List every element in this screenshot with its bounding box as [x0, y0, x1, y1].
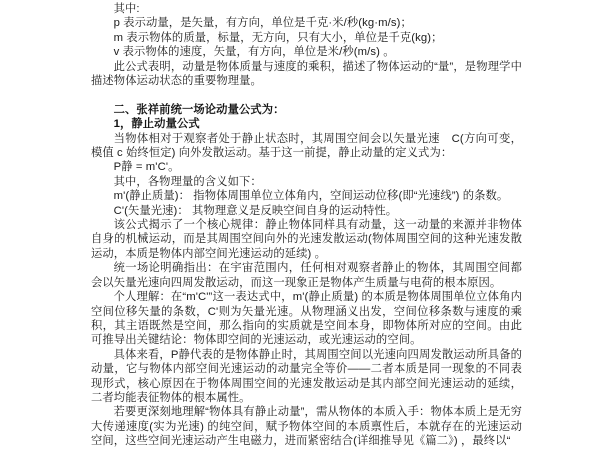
para-static-momentum-equation: P静 = m'C'。: [91, 160, 522, 174]
para-deeper-understanding: 若要更深刻地理解“物体具有静止动量”，需从物体的本质入手：物体本质上是无穷大传递…: [91, 405, 522, 442]
para-def-c-prime: C'(矢量光速)： 其物理意义是反映空间自身的运动特性。: [91, 204, 522, 218]
para-concrete-view: 具体来看，P静代表的是物体静止时，其周围空间以光速向四周发散运动所具备的动量，它…: [91, 348, 522, 406]
para-intro-label: 其中:: [91, 2, 522, 16]
para-static-state-premise: 当物体相对于观察者处于静止状态时，其周围空间会以矢量光速 C(方向可变，模值 c…: [91, 132, 522, 161]
heading-section-two: 二、张祥前统一场论动量公式为：: [91, 103, 522, 117]
document-page: 其中: p 表示动量，是矢量，有方向，单位是千克·米/秒(kg·m/s)； m …: [91, 2, 522, 442]
para-def-v: v 表示物体的速度，矢量，有方向，单位是米/秒(m/s) 。: [91, 45, 522, 59]
heading-static-momentum-formula: 1，静止动量公式: [91, 117, 522, 131]
para-unified-field-statement: 统一场论明确指出：在宇宙范围内，任何相对观察者静止的物体，其周围空间都会以矢量光…: [91, 261, 522, 290]
para-quantities-intro: 其中，各物理量的含义如下：: [91, 175, 522, 189]
para-core-law: 该公式揭示了一个核心规律：静止物体同样具有动量，这一动量的来源并非物体自身的机械…: [91, 218, 522, 261]
para-def-m-prime: m'(静止质量)： 指物体周围单位立体角内，空间运动位移(即“光速线”) 的条数…: [91, 189, 522, 203]
para-personal-understanding: 个人理解：在“m'C'”这一表达式中，m'(静止质量) 的本质是物体周围单位立体…: [91, 290, 522, 348]
para-def-p: p 表示动量，是矢量，有方向，单位是千克·米/秒(kg·m/s)；: [91, 16, 522, 30]
para-formula-summary: 此公式表明，动量是物体质量与速度的乘积，描述了物体运动的“量”，是物理学中描述物…: [91, 60, 522, 89]
para-def-m: m 表示物体的质量，标量，无方向，只有大小，单位是千克(kg)；: [91, 31, 522, 45]
